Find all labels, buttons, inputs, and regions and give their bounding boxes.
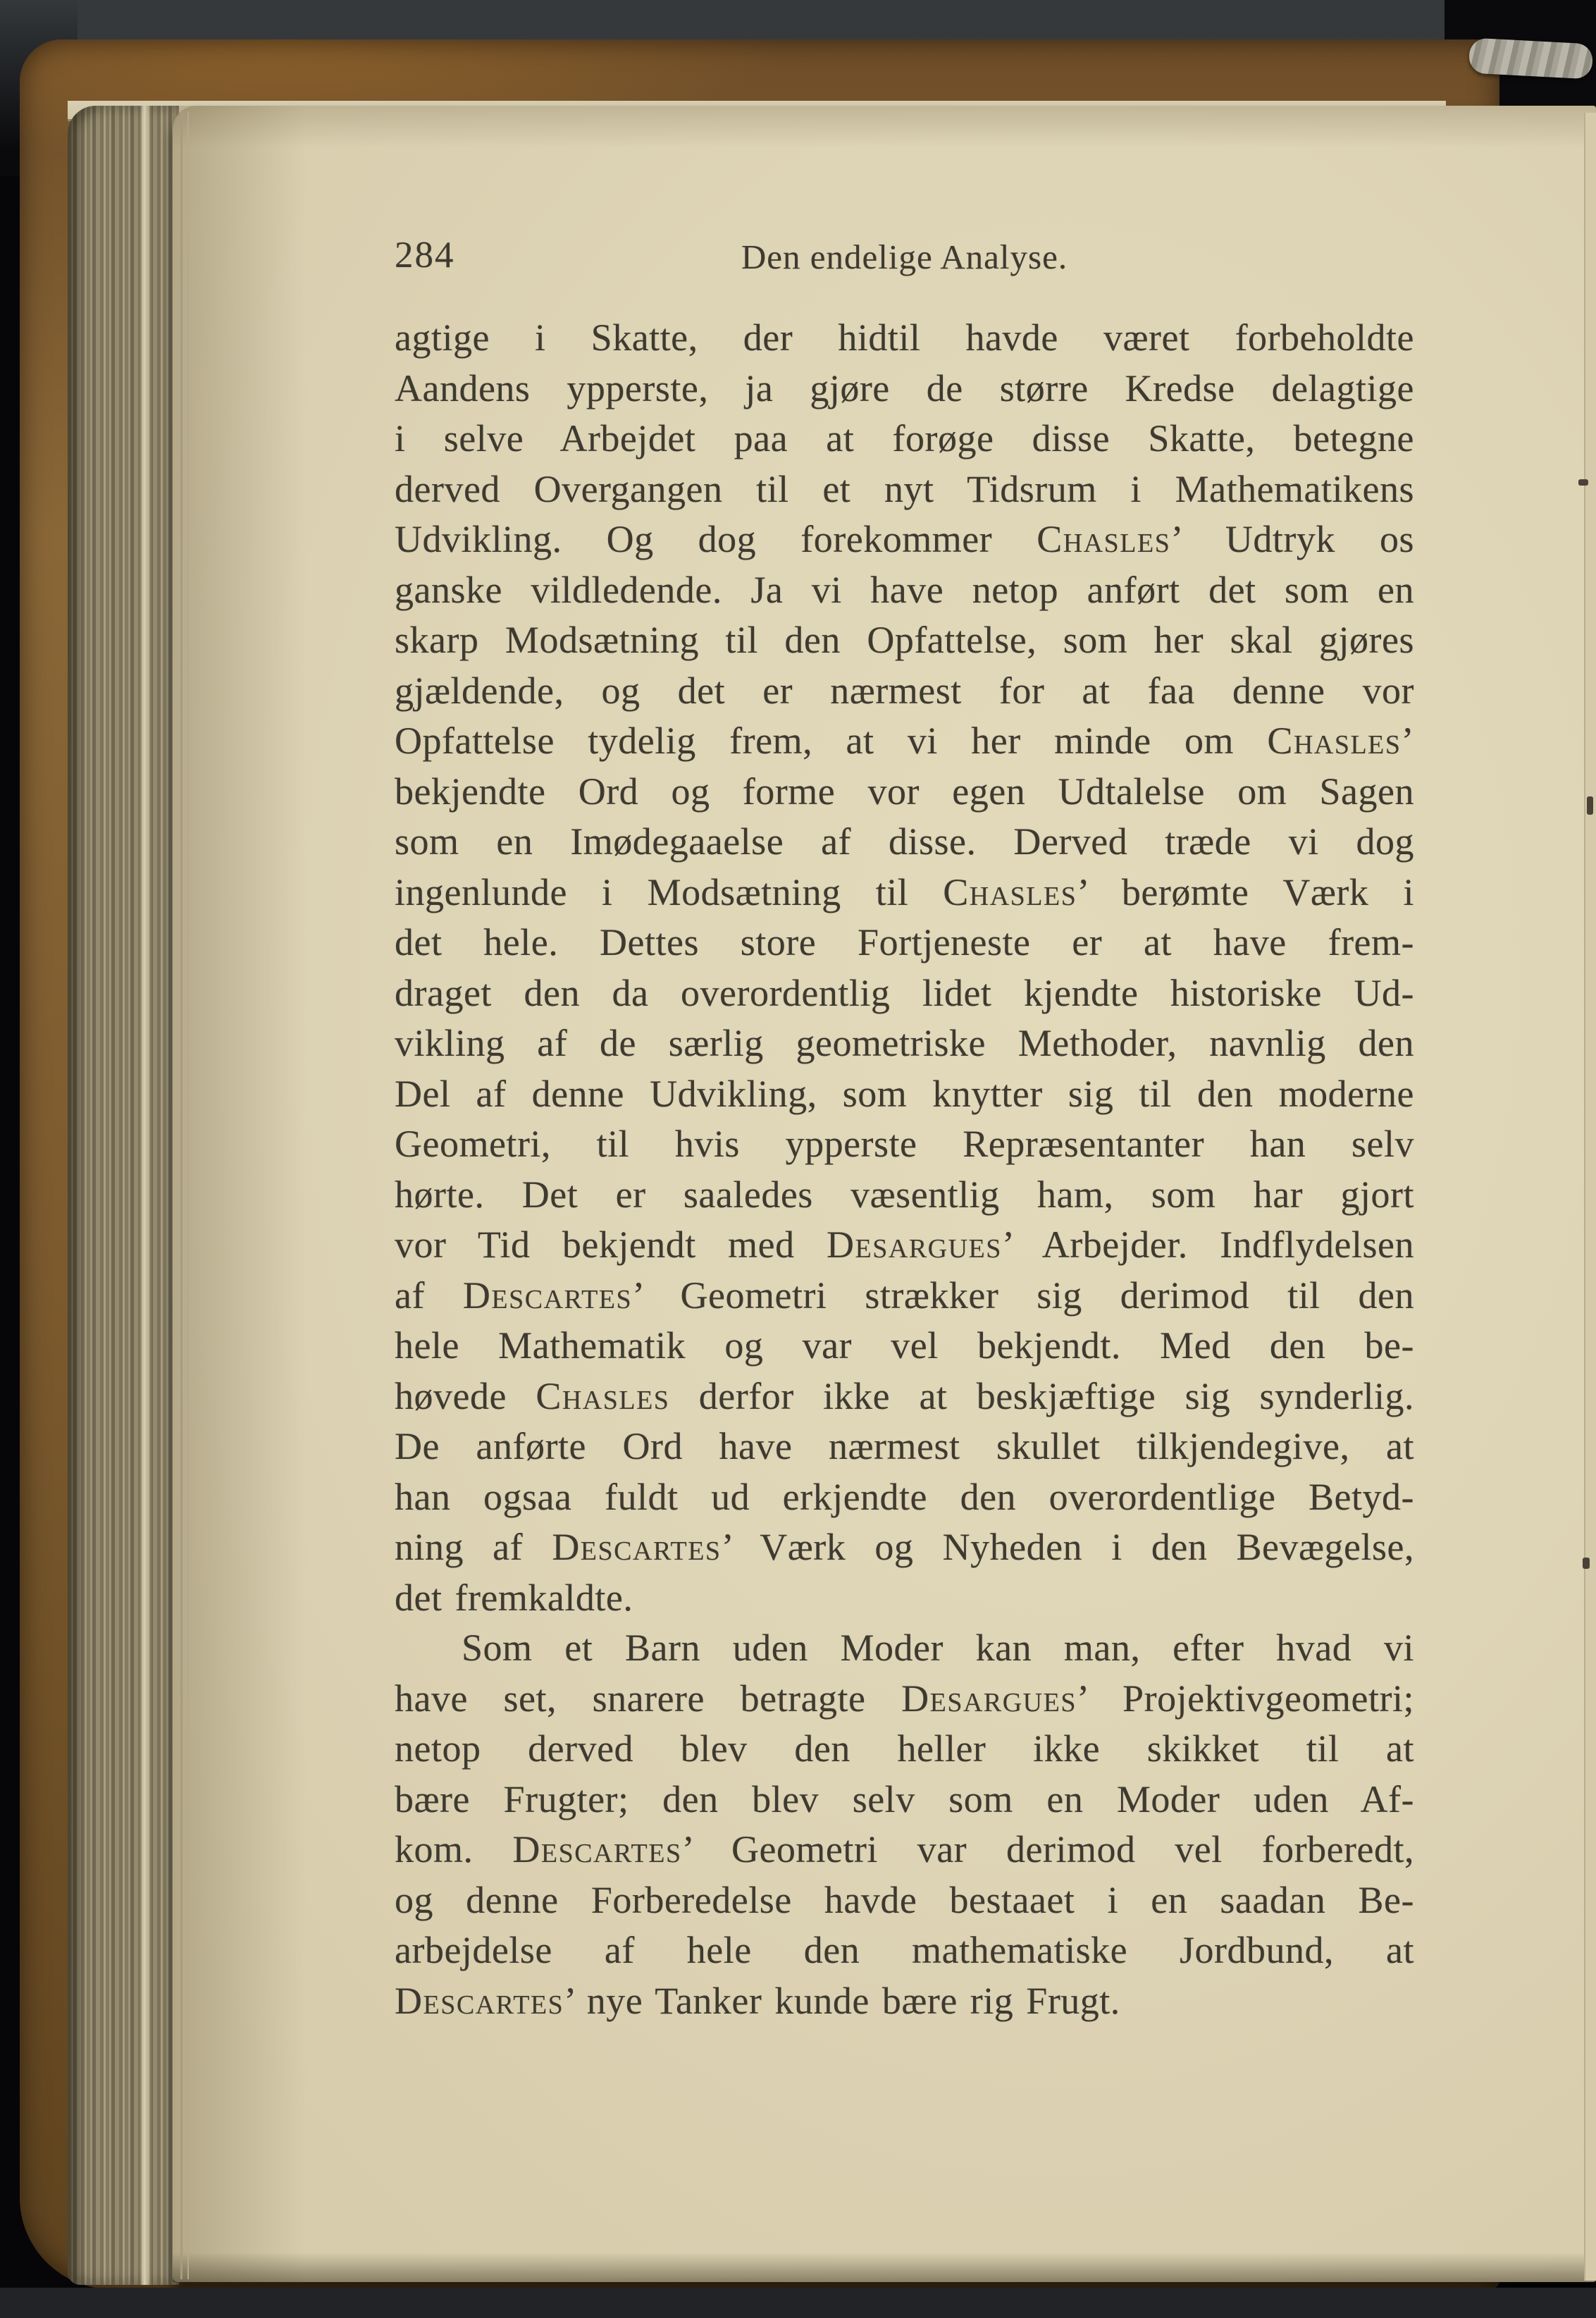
text-line: høvede Chasles derfor ikke at beskjæftig…	[395, 1371, 1414, 1422]
text-line: i selve Arbejdet paa at forøge disse Ska…	[395, 414, 1414, 464]
text-line: han ogsaa fuldt ud erkjendte den overord…	[395, 1472, 1414, 1523]
text-line: Geometri, til hvis ypperste Repræsentant…	[395, 1119, 1414, 1170]
page-blemish	[1578, 479, 1588, 486]
text-line: Descartes’ nye Tanker kunde bære rig Fru…	[395, 1976, 1414, 2027]
text-line: De anførte Ord have nærmest skullet tilk…	[395, 1422, 1414, 1472]
text-line: Aandens ypperste, ja gjøre de større Kre…	[395, 364, 1414, 414]
running-title: Den endelige Analyse.	[395, 237, 1414, 277]
text-line: som en Imødegaaelse af disse. Derved træ…	[395, 817, 1414, 868]
fore-edge-highlight	[140, 106, 152, 2285]
fore-edge-page-stack	[68, 106, 179, 2285]
text-line: det fremkaldte.	[395, 1573, 1414, 1624]
text-line: vikling af de særlig geometriske Methode…	[395, 1018, 1414, 1069]
text-line: hele Mathematik og var vel bekjendt. Med…	[395, 1321, 1414, 1371]
text-line: netop derved blev den heller ikke skikke…	[395, 1724, 1414, 1775]
text-line: det hele. Dettes store Fortjeneste er at…	[395, 918, 1414, 968]
text-line: gjældende, og det er nærmest for at faa …	[395, 666, 1414, 717]
text-line: skarp Modsætning til den Opfattelse, som…	[395, 615, 1414, 666]
text-line: ganske vildledende. Ja vi have netop anf…	[395, 565, 1414, 616]
page-header: 284 Den endelige Analyse.	[395, 234, 1414, 283]
body-text: agtige i Skatte, der hidtil havde været …	[395, 313, 1414, 2026]
page-bottom-shadow	[173, 2252, 1596, 2282]
text-line: bære Frugter; den blev selv som en Moder…	[395, 1775, 1414, 1825]
text-line: bekjendte Ord og forme vor egen Udtalels…	[395, 767, 1414, 818]
photo-backdrop-bottom	[0, 2288, 1596, 2318]
text-line: og denne Forberedelse havde bestaaet i e…	[395, 1875, 1414, 1926]
text-line: Del af denne Udvikling, som knytter sig …	[395, 1069, 1414, 1120]
text-line: ning af Descartes’ Værk og Nyheden i den…	[395, 1522, 1414, 1573]
text-line: agtige i Skatte, der hidtil havde været …	[395, 313, 1414, 364]
text-line: vor Tid bekjendt med Desargues’ Arbejder…	[395, 1220, 1414, 1271]
text-line: Udvikling. Og dog forekommer Chasles’ Ud…	[395, 514, 1414, 565]
text-line: hørte. Det er saaledes væsentlig ham, so…	[395, 1170, 1414, 1221]
underlying-page-edge	[187, 111, 189, 2279]
photo-backdrop	[0, 0, 1499, 44]
text-line: ingenlunde i Modsætning til Chasles’ ber…	[395, 868, 1414, 918]
page-top-shadow	[173, 106, 1596, 148]
right-page-sliver	[1585, 113, 1596, 2281]
page-blemish	[1583, 1558, 1590, 1569]
text-line: Opfattelse tydelig frem, at vi her minde…	[395, 716, 1414, 767]
text-line: have set, snarere betragte Desargues’ Pr…	[395, 1674, 1414, 1725]
page-blemish	[1587, 796, 1593, 815]
text-line: arbejdelse af hele den mathematiske Jord…	[395, 1925, 1414, 1976]
right-page-edge	[1584, 113, 1585, 2281]
headband	[1468, 37, 1593, 79]
scanned-book-photo: 284 Den endelige Analyse. agtige i Skatt…	[0, 0, 1596, 2318]
text-line: kom. Descartes’ Geometri var derimod vel…	[395, 1825, 1414, 1875]
text-line: Som et Barn uden Moder kan man, efter hv…	[395, 1623, 1414, 1674]
page-gutter-shadow	[173, 106, 307, 2282]
underlying-page-edge	[180, 111, 183, 2279]
text-line: derved Overgangen til et nyt Tidsrum i M…	[395, 464, 1414, 515]
text-line: af Descartes’ Geometri strækker sig deri…	[395, 1271, 1414, 1321]
text-line: draget den da overordentlig lidet kjendt…	[395, 968, 1414, 1019]
